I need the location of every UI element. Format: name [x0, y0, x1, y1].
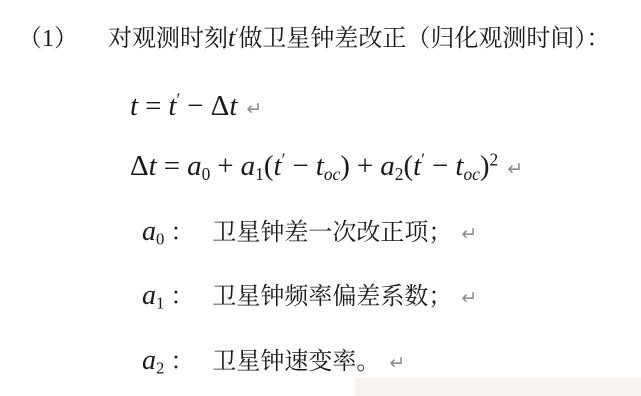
- term-colon: ：: [170, 349, 194, 375]
- equation-line-clock-polynomial: Δt=a0+a1(t′−toc)+a2(t′−toc)2↵: [130, 150, 523, 183]
- scan-artifact: [355, 378, 641, 396]
- term-symbol-a0: a0: [142, 216, 164, 247]
- formula-clock-polynomial: Δt=a0+a1(t′−toc)+a2(t′−toc)2: [130, 150, 498, 182]
- paragraph-mark-icon: ↵: [507, 158, 523, 180]
- document-page: （1）对观测时刻t′做卫星钟差改正（归化观测时间）： t=t′−Δt↵ Δt=a…: [0, 0, 641, 396]
- term-description-a2: 卫星钟速变率。: [212, 349, 380, 375]
- term-colon: ：: [170, 220, 194, 246]
- term-row-a1: a1：卫星钟频率偏差系数；↵: [142, 276, 477, 312]
- paragraph-mark-icon: ↵: [389, 352, 405, 374]
- formula-time-correction: t=t′−Δt: [130, 90, 237, 122]
- list-number: （1）: [18, 26, 78, 52]
- term-description-a1: 卫星钟频率偏差系数；: [212, 284, 452, 310]
- equation-line-time-correction: t=t′−Δt↵: [130, 90, 262, 123]
- paragraph-mark-icon: ↵: [246, 98, 262, 120]
- term-row-a0: a0：卫星钟差一次改正项；↵: [142, 212, 477, 248]
- term-row-a2: a2：卫星钟速变率。↵: [142, 341, 405, 377]
- term-symbol-a1: a1: [142, 280, 164, 311]
- term-colon: ：: [170, 284, 194, 310]
- term-description-a0: 卫星钟差一次改正项；: [212, 220, 452, 246]
- paragraph-mark-icon: ↵: [461, 287, 477, 309]
- heading-line: （1）对观测时刻t′做卫星钟差改正（归化观测时间）：: [18, 18, 610, 53]
- term-symbol-a2: a2: [142, 345, 164, 376]
- heading-text-before: 对观测时刻: [108, 26, 228, 52]
- paragraph-mark-icon: ↵: [461, 223, 477, 245]
- heading-text-after: 做卫星钟差改正（归化观测时间）：: [238, 26, 610, 52]
